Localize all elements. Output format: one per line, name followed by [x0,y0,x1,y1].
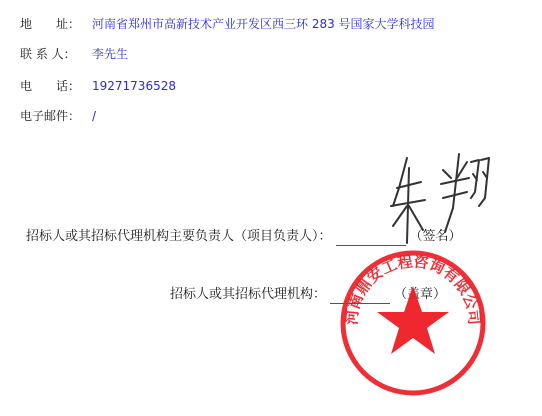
address-label: 地 址： [20,16,92,32]
phone-value: 19271736528 [92,79,176,93]
signature-label: 招标人或其招标代理机构主要负责人（项目负责人）： [26,229,332,244]
contact-person-row: 联 系 人：李先生 [20,46,128,62]
phone-row: 电 话：19271736528 [20,78,176,94]
phone-label: 电 话： [20,78,92,94]
address-row: 地 址：河南省郑州市高新技术产业开发区西三环 283 号国家大学科技园 [20,16,435,32]
handwritten-signature [385,148,495,248]
contact-person-label: 联 系 人： [20,46,92,62]
address-value: 河南省郑州市高新技术产业开发区西三环 283 号国家大学科技园 [92,17,435,31]
seal-label: 招标人或其招标代理机构： [170,287,326,302]
email-label: 电子邮件： [20,108,92,124]
star-icon [377,286,449,354]
email-row: 电子邮件：/ [20,108,96,124]
email-value: / [92,109,96,123]
company-stamp: 河南鼎安工程咨询有限公司 [338,248,488,398]
contact-person-value: 李先生 [92,47,128,61]
